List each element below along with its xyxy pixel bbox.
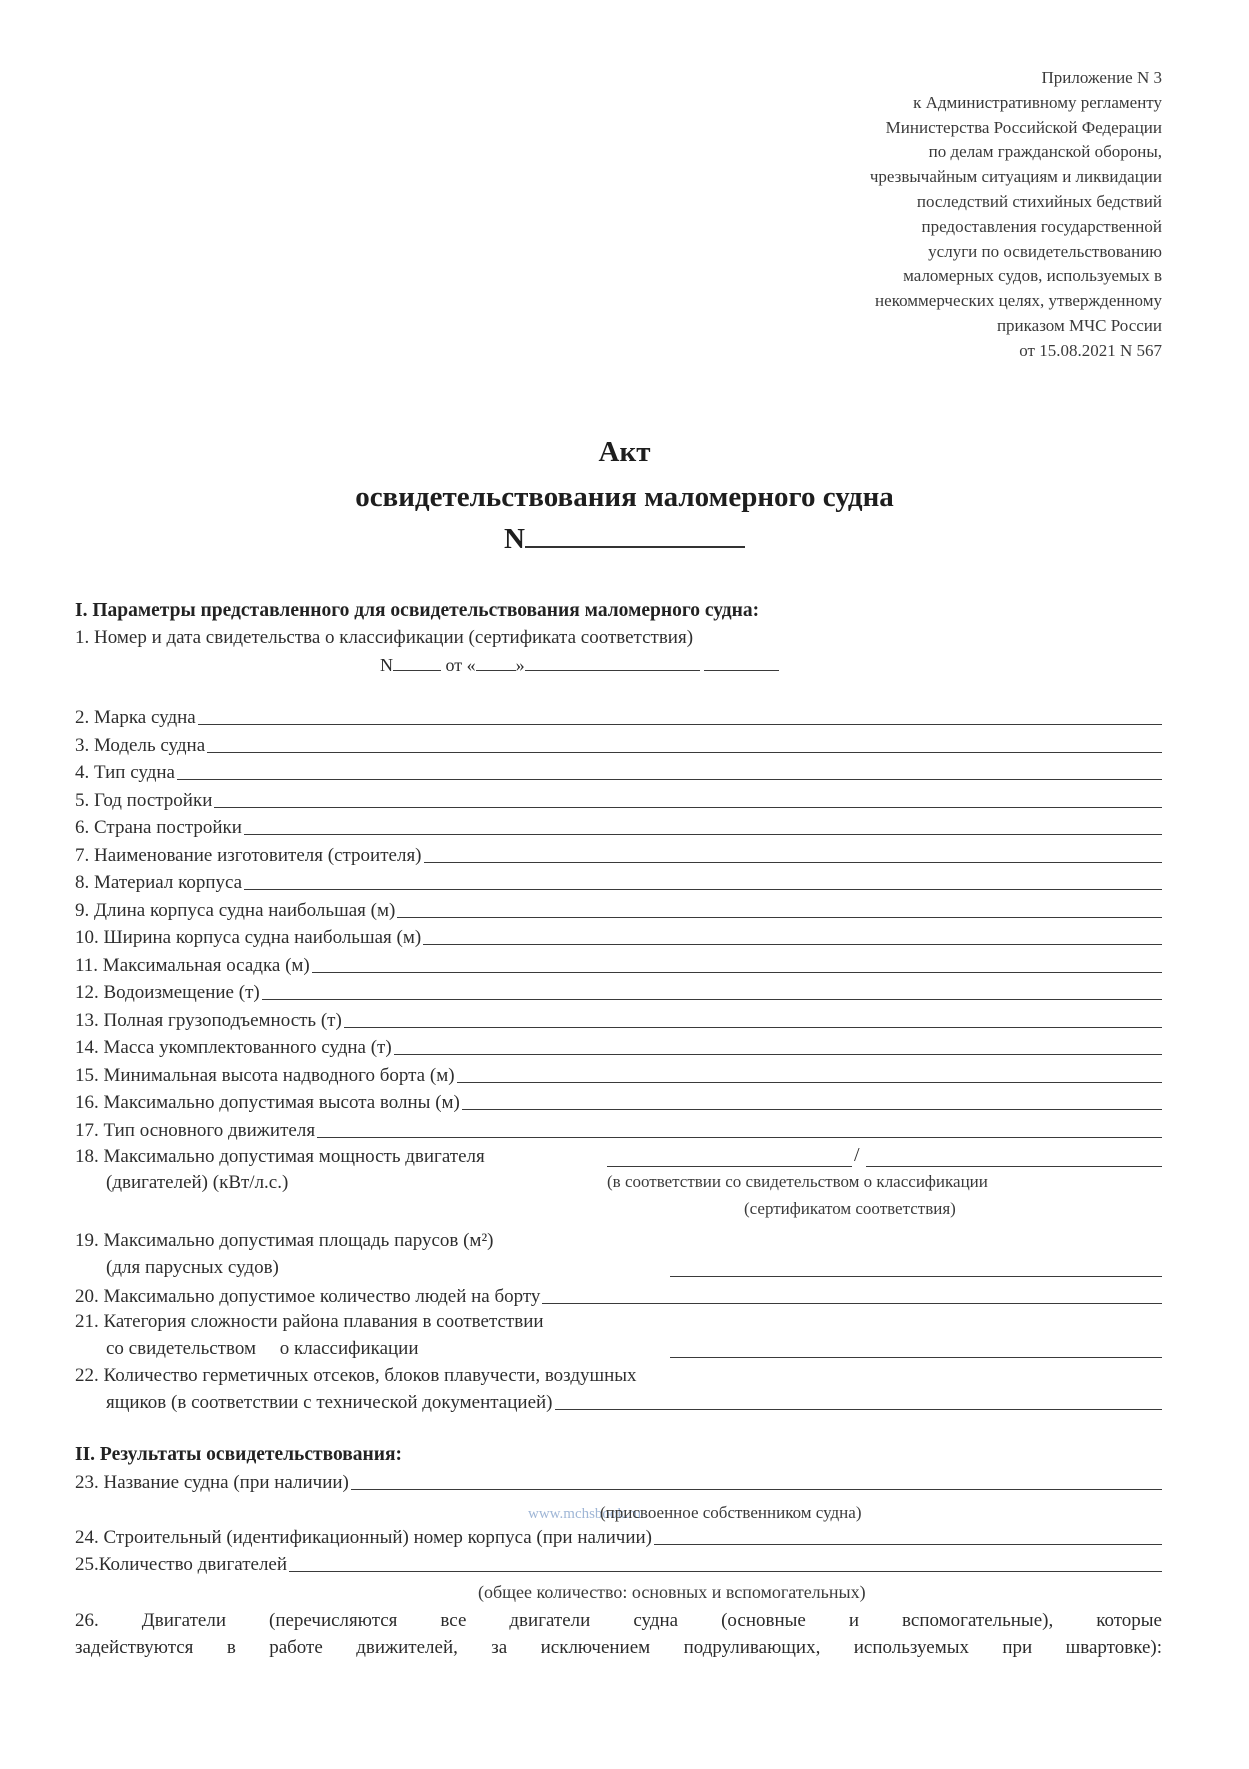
- item-field[interactable]: [262, 999, 1162, 1000]
- section-2-heading: II. Результаты освидетельствования:: [75, 1444, 402, 1466]
- item-25-label: 25.Количество двигателей: [75, 1554, 287, 1576]
- item-19-label: 19. Максимально допустимая площадь парус…: [75, 1230, 493, 1252]
- item-field[interactable]: [423, 944, 1162, 945]
- item-row: 9. Длина корпуса судна наибольшая (м): [75, 898, 1162, 922]
- item-field[interactable]: [312, 972, 1162, 973]
- item-field[interactable]: [397, 917, 1162, 918]
- item-label: 13. Полная грузоподъемность (т): [75, 1010, 342, 1032]
- item-label: 10. Ширина корпуса судна наибольшая (м): [75, 927, 421, 949]
- item-row: 13. Полная грузоподъемность (т): [75, 1008, 1162, 1032]
- appendix-line: к Административному регламенту: [870, 91, 1162, 116]
- item-field[interactable]: [344, 1027, 1162, 1028]
- item-18-note-2: (сертификатом соответствия): [744, 1199, 956, 1219]
- item-row: 7. Наименование изготовителя (строителя): [75, 843, 1162, 867]
- item-18-note-1: (в соответствии со свидетельством о клас…: [607, 1172, 988, 1192]
- item-1-cert-fields: N от «»: [380, 654, 779, 676]
- item-20-row: 20. Максимально допустимое количество лю…: [75, 1284, 1162, 1308]
- item-label: 16. Максимально допустимая высота волны …: [75, 1092, 460, 1114]
- item-label: 4. Тип судна: [75, 762, 175, 784]
- item-row: 11. Максимальная осадка (м): [75, 953, 1162, 977]
- appendix-line: от 15.08.2021 N 567: [870, 339, 1162, 364]
- item-field[interactable]: [462, 1109, 1162, 1110]
- item-row: 16. Максимально допустимая высота волны …: [75, 1090, 1162, 1114]
- appendix-line: Министерства Российской Федерации: [870, 116, 1162, 141]
- item-row: 5. Год постройки: [75, 788, 1162, 812]
- item-1-year-field[interactable]: [704, 654, 779, 671]
- item-label: 9. Длина корпуса судна наибольшая (м): [75, 900, 395, 922]
- item-row: 6. Страна постройки: [75, 815, 1162, 839]
- item-21-field[interactable]: [670, 1341, 1162, 1358]
- appendix-line: по делам гражданской обороны,: [870, 140, 1162, 165]
- item-field[interactable]: [424, 862, 1162, 863]
- item-25-note: (общее количество: основных и вспомогате…: [478, 1582, 866, 1603]
- appendix-line: последствий стихийных бедствий: [870, 190, 1162, 215]
- item-field[interactable]: [177, 779, 1162, 780]
- item-26-text-2: задействуются в работе движителей, за ис…: [75, 1637, 1162, 1659]
- item-18-kw-field[interactable]: [607, 1150, 852, 1167]
- appendix-line: некоммерческих целях, утвержденному: [870, 289, 1162, 314]
- item-1-number-field[interactable]: [393, 654, 441, 671]
- item-22-row: ящиков (в соответствии с технической док…: [106, 1390, 1162, 1414]
- item-field[interactable]: [198, 724, 1162, 725]
- item-24-label: 24. Строительный (идентификационный) ном…: [75, 1527, 652, 1549]
- item-20-field[interactable]: [542, 1303, 1162, 1304]
- item-label: 6. Страна постройки: [75, 817, 242, 839]
- item-label: 15. Минимальная высота надводного борта …: [75, 1065, 455, 1087]
- item-row: 17. Тип основного движителя: [75, 1118, 1162, 1142]
- item-19-field[interactable]: [670, 1260, 1162, 1277]
- document-number: N: [0, 522, 1249, 556]
- item-21-label: 21. Категория сложности района плавания …: [75, 1311, 544, 1333]
- appendix-line: Приложение N 3: [870, 66, 1162, 91]
- item-23-label: 23. Название судна (при наличии): [75, 1472, 349, 1494]
- item-label: 14. Масса укомплектованного судна (т): [75, 1037, 392, 1059]
- item-1-number-prefix: N: [380, 655, 393, 675]
- item-21-label-cont: со свидетельством о классификации: [106, 1338, 419, 1360]
- document-number-prefix: N: [504, 523, 525, 555]
- item-row: 10. Ширина корпуса судна наибольшая (м): [75, 925, 1162, 949]
- item-label: 8. Материал корпуса: [75, 872, 242, 894]
- item-row: 15. Минимальная высота надводного борта …: [75, 1063, 1162, 1087]
- item-20-label: 20. Максимально допустимое количество лю…: [75, 1286, 540, 1308]
- item-24-row: 24. Строительный (идентификационный) ном…: [75, 1525, 1162, 1549]
- item-18-label: 18. Максимально допустимая мощность двиг…: [75, 1146, 485, 1168]
- item-22-label-cont: ящиков (в соответствии с технической док…: [106, 1392, 553, 1414]
- item-field[interactable]: [457, 1082, 1162, 1083]
- item-1-quote-close: »: [516, 655, 525, 675]
- item-1-from-label: от «: [446, 655, 476, 675]
- item-field[interactable]: [244, 889, 1162, 890]
- item-field[interactable]: [317, 1137, 1162, 1138]
- appendix-line: предоставления государственной: [870, 215, 1162, 240]
- item-row: 4. Тип судна: [75, 760, 1162, 784]
- item-row: 3. Модель судна: [75, 733, 1162, 757]
- appendix-line: маломерных судов, используемых в: [870, 264, 1162, 289]
- item-23-note: (присвоенное собственником судна): [600, 1503, 861, 1523]
- item-label: 17. Тип основного движителя: [75, 1120, 315, 1142]
- item-22-field[interactable]: [555, 1409, 1163, 1410]
- item-18-slash: /: [854, 1144, 860, 1167]
- item-24-field[interactable]: [654, 1544, 1162, 1545]
- appendix-line: услуги по освидетельствованию: [870, 240, 1162, 265]
- item-label: 12. Водоизмещение (т): [75, 982, 260, 1004]
- item-26-text-1: 26. Двигатели (перечисляются все двигате…: [75, 1610, 1162, 1632]
- document-subtitle: освидетельствования маломерного судна: [0, 481, 1249, 514]
- item-field[interactable]: [244, 834, 1162, 835]
- item-25-row: 25.Количество двигателей: [75, 1552, 1162, 1576]
- item-row: 8. Материал корпуса: [75, 870, 1162, 894]
- item-row: 12. Водоизмещение (т): [75, 980, 1162, 1004]
- item-label: 7. Наименование изготовителя (строителя): [75, 845, 422, 867]
- item-23-row: 23. Название судна (при наличии): [75, 1470, 1162, 1494]
- item-25-field[interactable]: [289, 1571, 1162, 1572]
- item-1-month-field[interactable]: [525, 654, 700, 671]
- item-row: 2. Марка судна: [75, 705, 1162, 729]
- item-label: 3. Модель судна: [75, 735, 205, 757]
- item-22-label: 22. Количество герметичных отсеков, блок…: [75, 1365, 637, 1387]
- item-field[interactable]: [394, 1054, 1162, 1055]
- appendix-header: Приложение N 3 к Административному регла…: [870, 66, 1162, 364]
- item-19-label-cont: (для парусных судов): [106, 1257, 279, 1279]
- document-number-field[interactable]: [525, 522, 745, 548]
- appendix-line: приказом МЧС России: [870, 314, 1162, 339]
- item-18-label-cont: (двигателей) (кВт/л.с.): [106, 1172, 288, 1194]
- document-title: Акт: [0, 436, 1249, 469]
- item-label: 2. Марка судна: [75, 707, 196, 729]
- item-1-day-field[interactable]: [476, 654, 516, 671]
- item-label: 5. Год постройки: [75, 790, 212, 812]
- item-23-field[interactable]: [351, 1489, 1162, 1490]
- item-label: 11. Максимальная осадка (м): [75, 955, 310, 977]
- section-1-heading: I. Параметры представленного для освидет…: [75, 600, 759, 622]
- item-field[interactable]: [207, 752, 1162, 753]
- item-field[interactable]: [214, 807, 1162, 808]
- item-row: 14. Масса укомплектованного судна (т): [75, 1035, 1162, 1059]
- item-1-label: 1. Номер и дата свидетельства о классифи…: [75, 627, 693, 649]
- appendix-line: чрезвычайным ситуациям и ликвидации: [870, 165, 1162, 190]
- item-18-hp-field[interactable]: [866, 1150, 1162, 1167]
